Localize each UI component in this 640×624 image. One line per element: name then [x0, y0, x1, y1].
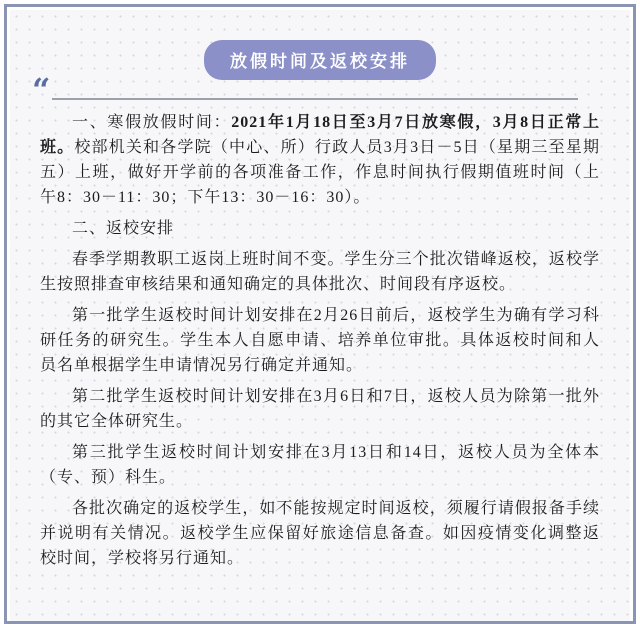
paragraph: 第一批学生返校时间计划安排在2月26日前后，返校学生为确有学习科研任务的研究生。… — [40, 303, 600, 378]
title-badge: 放假时间及返校安排 — [204, 40, 436, 80]
paragraph: 各批次确定的返校学生，如不能按规定时间返校，须履行请假报备手续并说明有关情况。返… — [40, 496, 600, 557]
paragraph-segment: 第二批学生返校时间计划安排在3月6日和7日，返校人员为除第一批外的其它全体研究生… — [40, 388, 600, 430]
document-body: 一、寒假放假时间：2021年1月18日至3月7日放寒假，3月8日正常上班。校部机… — [10, 100, 630, 557]
notice-page-background: 放假时间及返校安排 “ 一、寒假放假时间：2021年1月18日至3月7日放寒假，… — [10, 10, 630, 557]
quote-divider-row: “ — [52, 80, 578, 100]
opening-quote-icon: “ — [32, 74, 50, 106]
paragraph-segment: 二、返校安排 — [72, 220, 174, 237]
paragraph-segment: 一、寒假放假时间： — [72, 114, 231, 131]
paragraph-segment: 第三批学生返校时间计划安排在3月13日和14日，返校人员为全体本（专、预）科生。 — [40, 444, 600, 486]
paragraph: 二、返校安排 — [40, 216, 600, 241]
paragraph-segment: 校部机关和各学院（中心、所）行政人员3月3日－5日（星期三至星期五）上班，做好开… — [40, 139, 600, 206]
divider-line — [52, 98, 578, 100]
paragraph: 第三批学生返校时间计划安排在3月13日和14日，返校人员为全体本（专、预）科生。 — [40, 440, 600, 490]
notice-header: 放假时间及返校安排 — [10, 10, 630, 80]
paragraph: 一、寒假放假时间：2021年1月18日至3月7日放寒假，3月8日正常上班。校部机… — [40, 110, 600, 210]
paragraph: 第二批学生返校时间计划安排在3月6日和7日，返校人员为除第一批外的其它全体研究生… — [40, 384, 600, 434]
paragraph-segment: 各批次确定的返校学生，如不能按规定时间返校，须履行请假报备手续并说明有关情况。返… — [40, 500, 600, 557]
paragraph-segment: 第一批学生返校时间计划安排在2月26日前后，返校学生为确有学习科研任务的研究生。… — [40, 307, 600, 374]
notice-frame: 放假时间及返校安排 “ 一、寒假放假时间：2021年1月18日至3月7日放寒假，… — [4, 4, 636, 557]
paragraph-segment: 春季学期教职工返岗上班时间不变。学生分三个批次错峰返校，返校学生按照排查审核结果… — [40, 251, 600, 293]
paragraph: 春季学期教职工返岗上班时间不变。学生分三个批次错峰返校，返校学生按照排查审核结果… — [40, 247, 600, 297]
